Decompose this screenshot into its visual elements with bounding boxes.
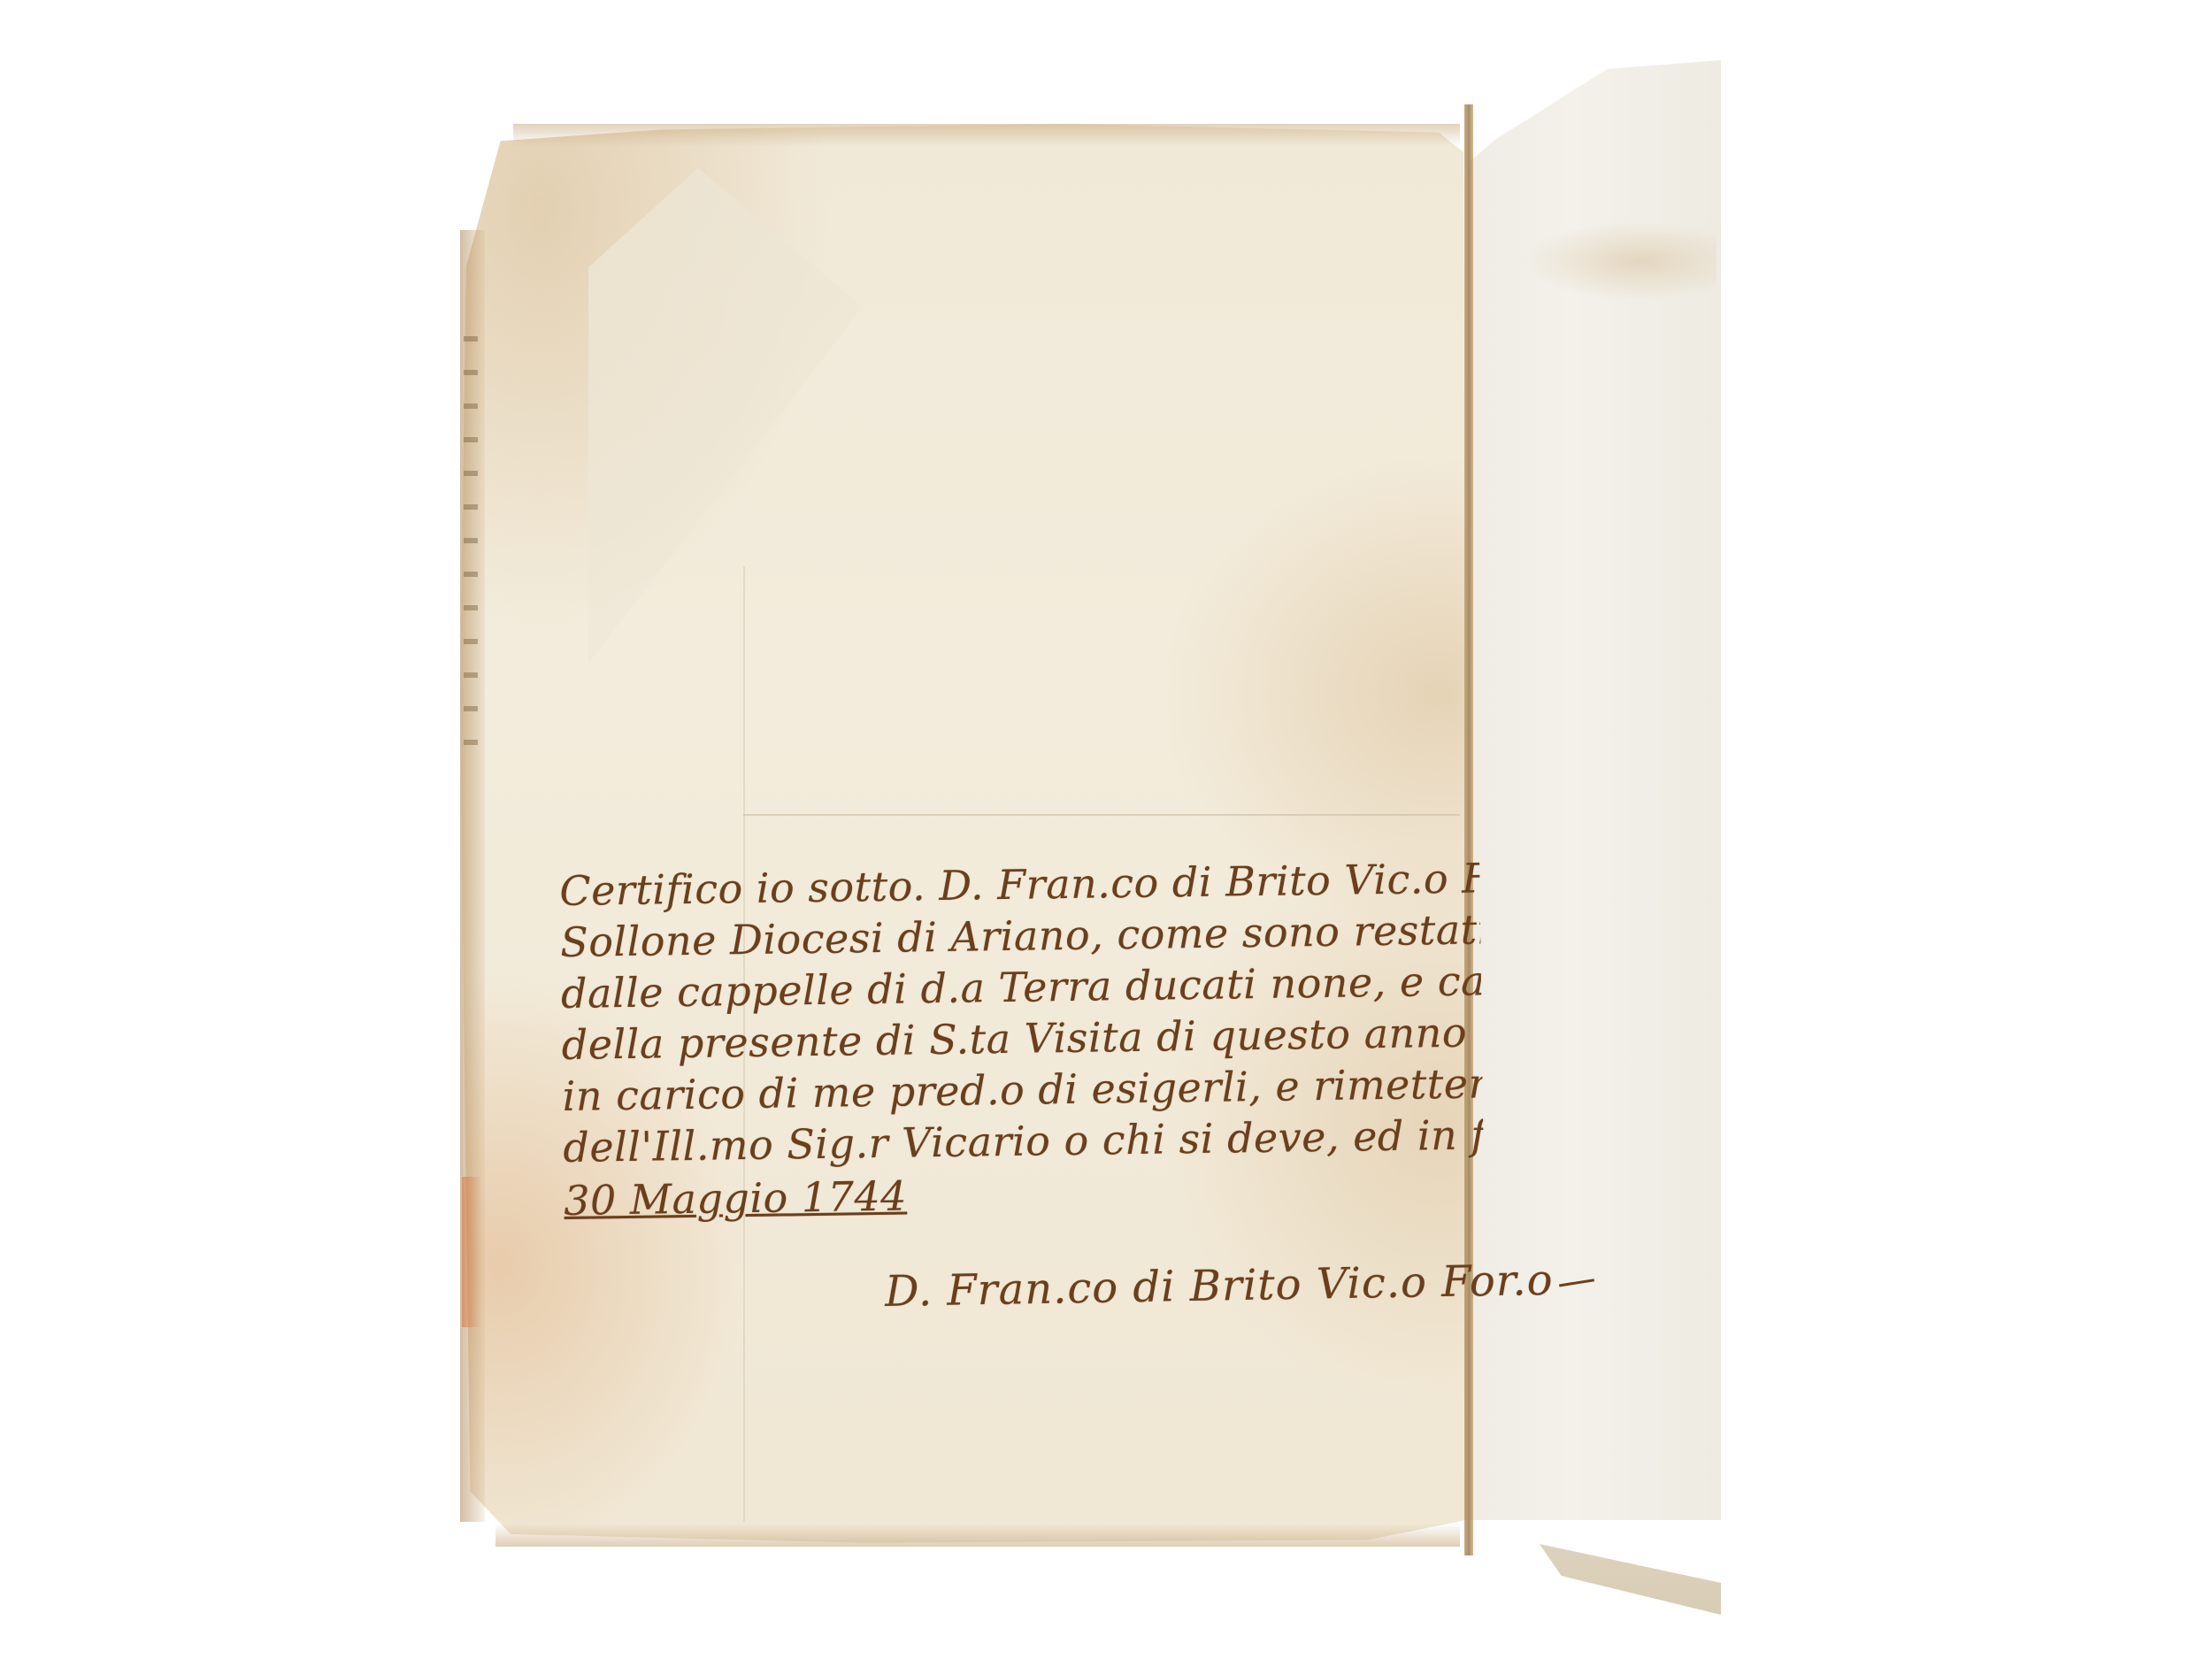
signature-flourish — [1559, 1279, 1594, 1286]
horizontal-fold-line — [743, 814, 1460, 816]
left-margin-bleed-marks — [464, 336, 478, 761]
binding-gutter — [1464, 104, 1473, 1555]
photo-stage: Certifico io sotto. D. Fran.co di Brito … — [0, 0, 2212, 1659]
page-top-edge-stain — [513, 124, 1460, 147]
page-bottom-edge-stain — [495, 1524, 1460, 1547]
certificate-text: Certifico io sotto. D. Fran.co di Brito … — [559, 852, 1485, 1225]
right-folio-bottom-edge — [1540, 1544, 1721, 1615]
page-red-edge-mark — [462, 1177, 481, 1327]
right-folio-stain — [1522, 221, 1717, 301]
